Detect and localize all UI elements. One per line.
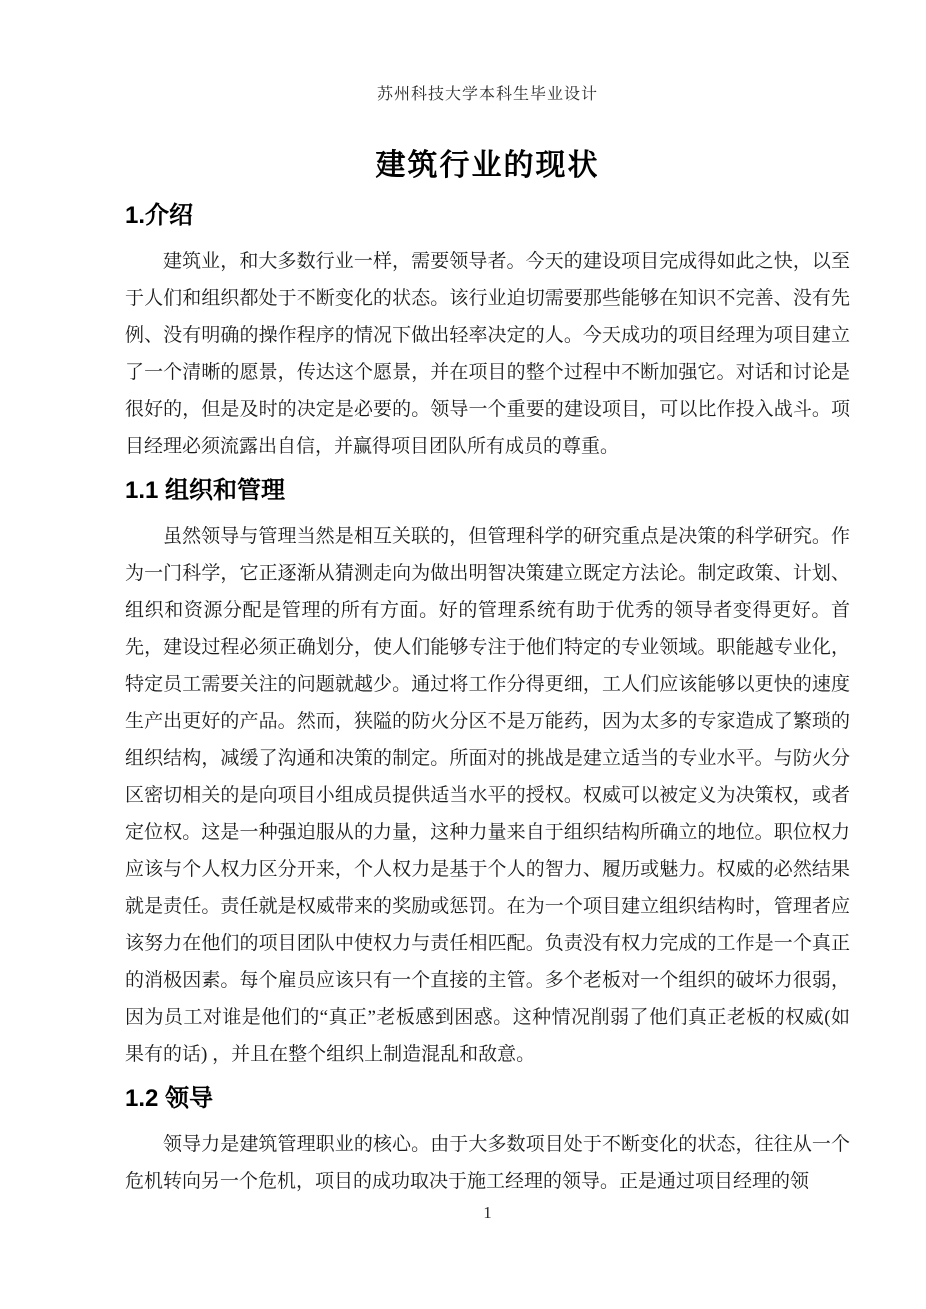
section-heading-introduction: 1.介绍 — [125, 200, 850, 231]
page-number: 1 — [125, 1203, 850, 1223]
document-page: 苏州科技大学本科生毕业设计 建筑行业的现状 1.介绍 建筑业，和大多数行业一样，… — [0, 0, 926, 1309]
document-title: 建筑行业的现状 — [125, 146, 850, 186]
paragraph-introduction: 建筑业，和大多数行业一样，需要领导者。今天的建设项目完成得如此之快，以至于人们和… — [125, 243, 850, 465]
paragraph-organization-management: 虽然领导与管理当然是相互关联的，但管理科学的研究重点是决策的科学研究。作为一门科… — [125, 518, 850, 1073]
section-heading-organization-management: 1.1 组织和管理 — [125, 475, 850, 506]
running-header: 苏州科技大学本科生毕业设计 — [125, 0, 850, 106]
section-heading-leadership: 1.2 领导 — [125, 1083, 850, 1114]
page-content: 苏州科技大学本科生毕业设计 建筑行业的现状 1.介绍 建筑业，和大多数行业一样，… — [125, 0, 850, 1200]
paragraph-leadership: 领导力是建筑管理职业的核心。由于大多数项目处于不断变化的状态，往往从一个危机转向… — [125, 1126, 850, 1200]
